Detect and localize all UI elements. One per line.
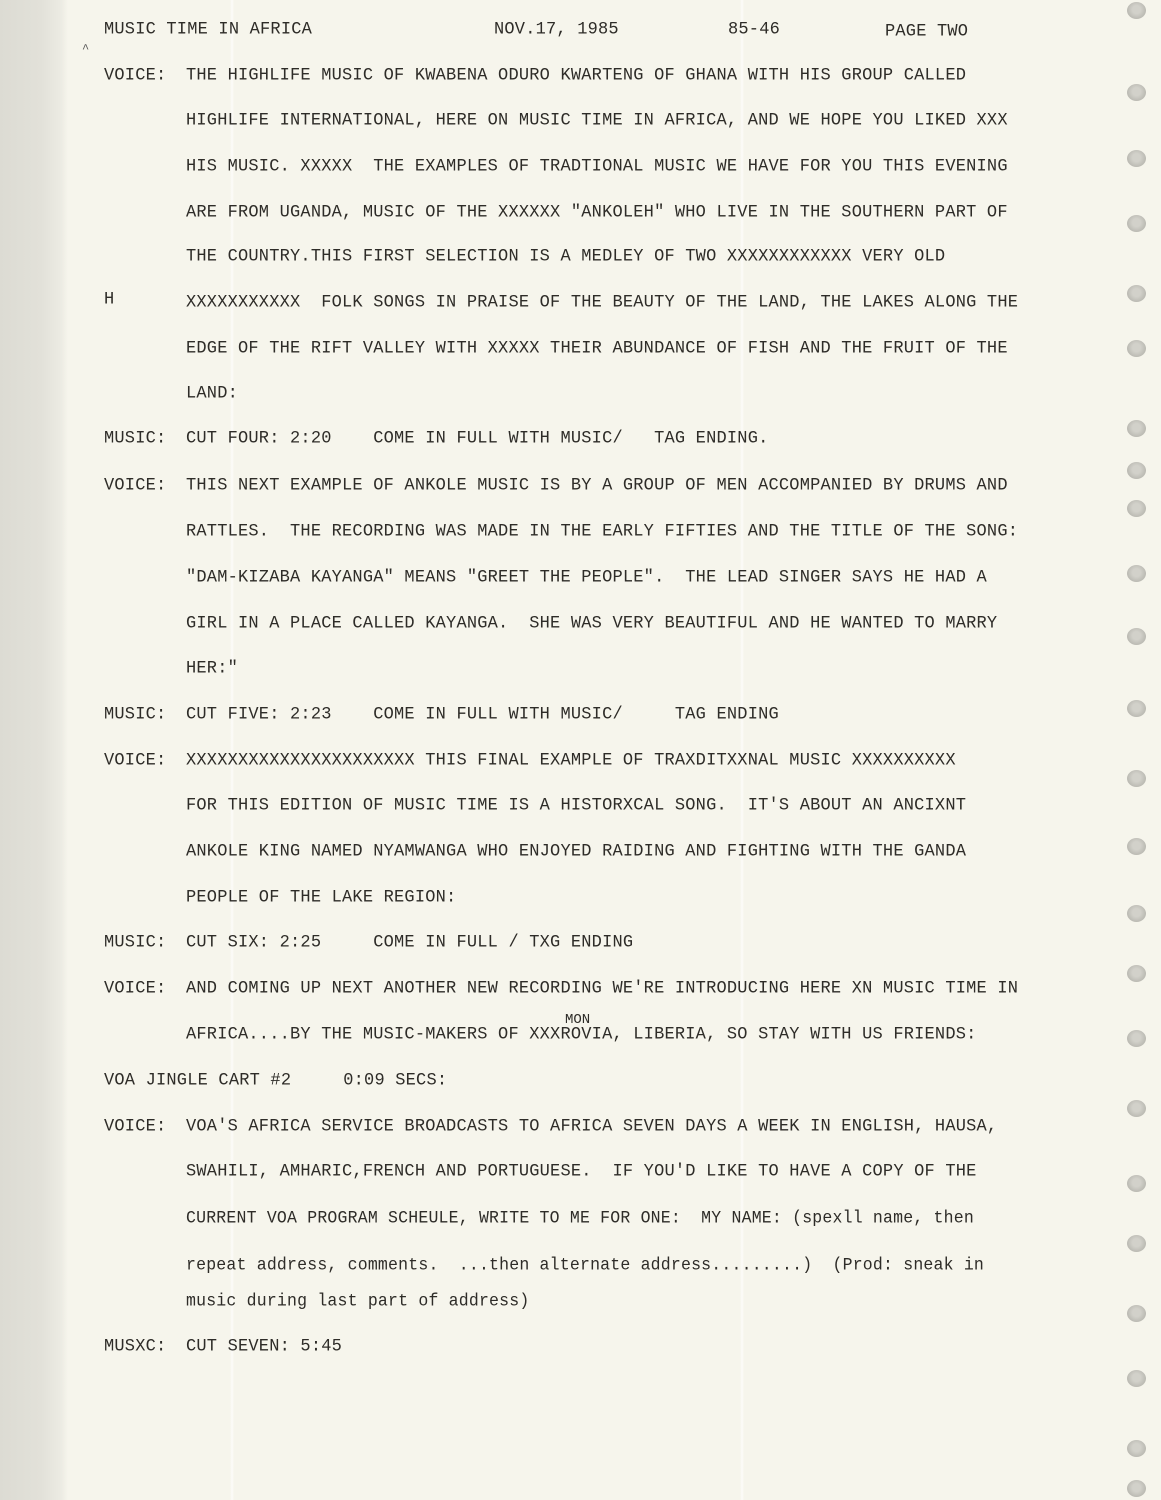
punch-hole bbox=[1127, 700, 1146, 717]
script-line: CUT FIVE: 2:23 COME IN FULL WITH MUSIC/ … bbox=[186, 705, 779, 725]
punch-hole bbox=[1127, 838, 1146, 855]
script-line: LAND: bbox=[186, 384, 238, 404]
punch-hole bbox=[1127, 215, 1146, 232]
punch-hole bbox=[1127, 500, 1146, 517]
punch-hole bbox=[1127, 1235, 1146, 1252]
paper-fold bbox=[740, 0, 744, 1500]
script-line: ARE FROM UGANDA, MUSIC OF THE XXXXXX "AN… bbox=[186, 203, 1008, 223]
script-line: CUT FOUR: 2:20 COME IN FULL WITH MUSIC/ … bbox=[186, 429, 769, 449]
punch-hole bbox=[1127, 1370, 1146, 1387]
punch-hole bbox=[1127, 565, 1146, 582]
scan-edge-shadow bbox=[0, 0, 68, 1500]
script-line: FOR THIS EDITION OF MUSIC TIME IS A HIST… bbox=[186, 796, 966, 816]
punch-hole bbox=[1127, 965, 1146, 982]
punch-hole bbox=[1127, 1030, 1146, 1047]
cue-label: MUSXC: bbox=[104, 1337, 166, 1357]
punch-hole bbox=[1127, 1480, 1146, 1497]
cue-label: VOICE: bbox=[104, 979, 166, 999]
script-line: THE HIGHLIFE MUSIC OF KWABENA ODURO KWAR… bbox=[186, 66, 966, 86]
punch-hole bbox=[1127, 1305, 1146, 1322]
punch-hole bbox=[1127, 770, 1146, 787]
punch-hole bbox=[1127, 1100, 1146, 1117]
handwritten-correction: MON bbox=[565, 1012, 590, 1028]
script-line: VOA'S AFRICA SERVICE BROADCASTS TO AFRIC… bbox=[186, 1117, 997, 1137]
cue-label: VOICE: bbox=[104, 476, 166, 496]
margin-mark: ^ bbox=[82, 42, 89, 56]
punch-hole bbox=[1127, 340, 1146, 357]
punch-hole bbox=[1127, 462, 1146, 479]
script-line: GIRL IN A PLACE CALLED KAYANGA. SHE WAS … bbox=[186, 614, 997, 634]
cue-label: MUSIC: bbox=[104, 933, 166, 953]
punch-hole bbox=[1127, 1175, 1146, 1192]
cue-label: VOICE: bbox=[104, 751, 166, 771]
header-program: MUSIC TIME IN AFRICA bbox=[104, 20, 312, 40]
script-line: RATTLES. THE RECORDING WAS MADE IN THE E… bbox=[186, 522, 1018, 542]
punch-hole bbox=[1127, 420, 1146, 437]
script-line: ANKOLE KING NAMED NYAMWANGA WHO ENJOYED … bbox=[186, 842, 966, 862]
script-line: repeat address, comments. ...then altern… bbox=[186, 1255, 984, 1275]
script-line: PEOPLE OF THE LAKE REGION: bbox=[186, 888, 456, 908]
punch-hole bbox=[1127, 150, 1146, 167]
script-line: music during last part of address) bbox=[186, 1291, 529, 1311]
header-page: PAGE TWO bbox=[885, 22, 968, 42]
script-line: EDGE OF THE RIFT VALLEY WITH XXXXX THEIR… bbox=[186, 339, 1008, 359]
script-line: XXXXXXXXXXXXXXXXXXXXXX THIS FINAL EXAMPL… bbox=[186, 751, 956, 771]
punch-hole bbox=[1127, 84, 1146, 101]
script-line: THIS NEXT EXAMPLE OF ANKOLE MUSIC IS BY … bbox=[186, 476, 1008, 496]
punch-hole bbox=[1127, 1440, 1146, 1457]
script-line: HIS MUSIC. XXXXX THE EXAMPLES OF TRADTIO… bbox=[186, 157, 1008, 177]
punch-hole bbox=[1127, 2, 1146, 19]
paper-fold bbox=[230, 0, 234, 1500]
script-line: HIGHLIFE INTERNATIONAL, HERE ON MUSIC TI… bbox=[186, 111, 1008, 131]
script-line: "DAM-KIZABA KAYANGA" MEANS "GREET THE PE… bbox=[186, 568, 987, 588]
punch-hole bbox=[1127, 905, 1146, 922]
script-line: SWAHILI, AMHARIC,FRENCH AND PORTUGUESE. … bbox=[186, 1162, 977, 1182]
header-date: NOV.17, 1985 bbox=[494, 20, 619, 40]
script-line: XXXXXXXXXXX FOLK SONGS IN PRAISE OF THE … bbox=[186, 293, 1018, 313]
script-line: VOA JINGLE CART #2 0:09 SECS: bbox=[104, 1071, 447, 1091]
script-line: CUT SEVEN: 5:45 bbox=[186, 1337, 342, 1357]
script-line: AND COMING UP NEXT ANOTHER NEW RECORDING… bbox=[186, 979, 1018, 999]
cue-label: VOICE: bbox=[104, 1117, 166, 1137]
script-line: CURRENT VOA PROGRAM SCHEULE, WRITE TO ME… bbox=[186, 1208, 974, 1228]
script-line: CUT SIX: 2:25 COME IN FULL / TXG ENDING bbox=[186, 933, 633, 953]
punch-hole bbox=[1127, 285, 1146, 302]
punch-hole bbox=[1127, 628, 1146, 645]
script-line: HER:" bbox=[186, 659, 238, 679]
margin-letter: H bbox=[104, 290, 114, 310]
header-number: 85-46 bbox=[728, 20, 780, 40]
cue-label: MUSIC: bbox=[104, 429, 166, 449]
script-line: THE COUNTRY.THIS FIRST SELECTION IS A ME… bbox=[186, 247, 945, 267]
cue-label: MUSIC: bbox=[104, 705, 166, 725]
cue-label: VOICE: bbox=[104, 66, 166, 86]
